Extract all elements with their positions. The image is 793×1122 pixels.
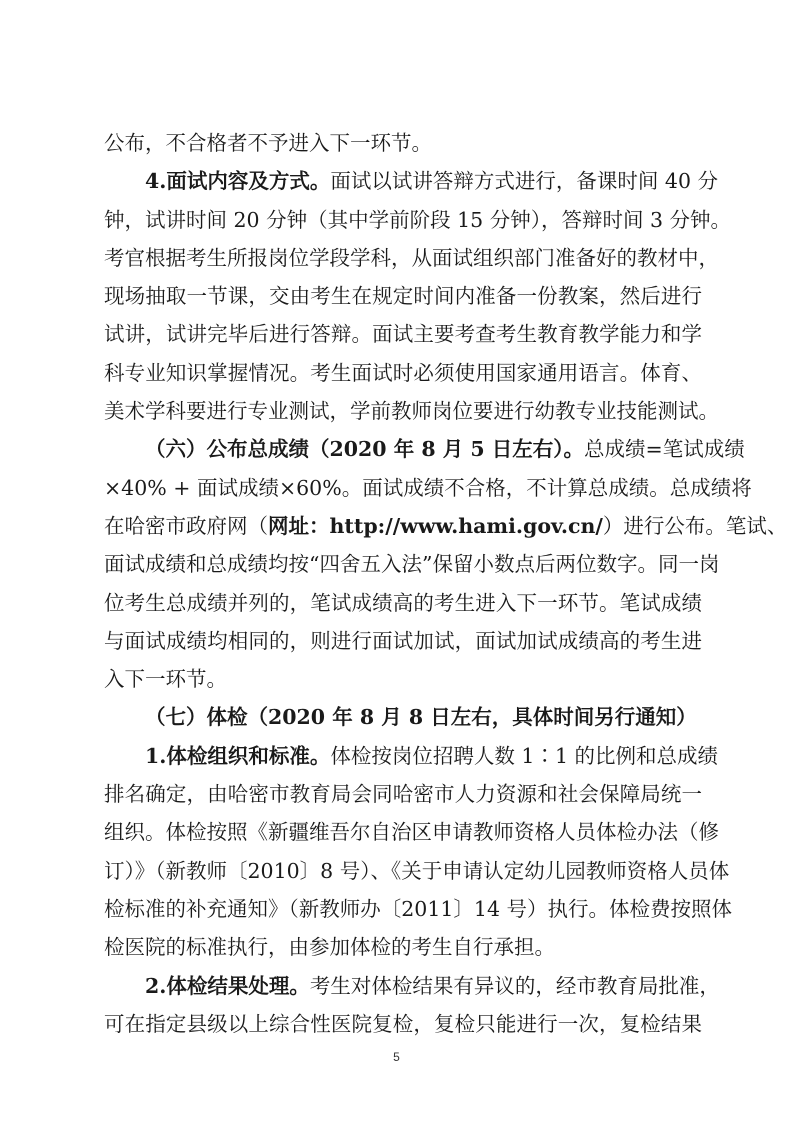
body-text: 科专业知识掌握情况。考生面试时必须使用国家通用语言。体育、 (104, 361, 702, 385)
body-text: 排名确定，由哈密市教育局会同哈密市人力资源和社会保障局统一 (104, 782, 702, 806)
text-line: 检医院的标准执行，由参加体检的考生自行承担。 (104, 928, 702, 966)
document-body: 公布，不合格者不予进入下一环节。4.面试内容及方式。面试以试讲答辩方式进行，备课… (104, 124, 702, 1043)
bold-heading-text: 2.体检结果处理。 (145, 974, 310, 998)
body-text: 入下一环节。 (104, 667, 227, 691)
body-text: 位考生总成绩并列的，笔试成绩高的考生进入下一环节。笔试成绩 (104, 591, 702, 615)
text-line: 面试成绩和总成绩均按“四舍五入法”保留小数点后两位数字。同一岗 (104, 545, 702, 583)
text-line: 1.体检组织和标准。体检按岗位招聘人数 1∶1 的比例和总成绩 (104, 737, 702, 775)
body-text: 试讲，试讲完毕后进行答辩。面试主要考查考生教育教学能力和学 (104, 322, 702, 346)
text-line: 钟，试讲时间 20 分钟（其中学前阶段 15 分钟），答辩时间 3 分钟。 (104, 201, 702, 239)
body-text: 在哈密市政府网（ (104, 514, 268, 538)
bold-heading-text: 4.面试内容及方式。 (145, 169, 330, 193)
text-line: 试讲，试讲完毕后进行答辩。面试主要考查考生教育教学能力和学 (104, 315, 702, 353)
body-text: ）进行公布。笔试、 (603, 514, 788, 538)
text-line: 可在指定县级以上综合性医院复检，复检只能进行一次，复检结果 (104, 1005, 702, 1043)
body-text: 考生对体检结果有异议的，经市教育局批准， (310, 974, 720, 998)
body-text: 与面试成绩均相同的，则进行面试加试，面试加试成绩高的考生进 (104, 629, 702, 653)
text-line: 在哈密市政府网（网址：http://www.hami.gov.cn/）进行公布。… (104, 507, 702, 545)
body-text: 检医院的标准执行，由参加体检的考生自行承担。 (104, 935, 555, 959)
text-line: 与面试成绩均相同的，则进行面试加试，面试加试成绩高的考生进 (104, 622, 702, 660)
bold-heading-text: （六）公布总成绩（2020 年 8 月 5 日左右）。 (145, 437, 584, 461)
text-line: 公布，不合格者不予进入下一环节。 (104, 124, 702, 162)
page-number: 5 (0, 1050, 793, 1064)
body-text: 检标准的补充通知》（新教师办〔2011〕14 号）执行。体检费按照体 (104, 897, 732, 921)
text-line: 科专业知识掌握情况。考生面试时必须使用国家通用语言。体育、 (104, 354, 702, 392)
body-text: 面试以试讲答辩方式进行，备课时间 40 分 (330, 169, 718, 193)
text-line: 2.体检结果处理。考生对体检结果有异议的，经市教育局批准， (104, 967, 702, 1005)
body-text: 可在指定县级以上综合性医院复检，复检只能进行一次，复检结果 (104, 1012, 702, 1036)
body-text: 钟，试讲时间 20 分钟（其中学前阶段 15 分钟），答辩时间 3 分钟。 (104, 208, 731, 232)
text-line: 4.面试内容及方式。面试以试讲答辩方式进行，备课时间 40 分 (104, 162, 702, 200)
text-line: 排名确定，由哈密市教育局会同哈密市人力资源和社会保障局统一 (104, 775, 702, 813)
bold-heading-text: 1.体检组织和标准。 (145, 744, 330, 768)
text-line: 现场抽取一节课，交由考生在规定时间内准备一份教案，然后进行 (104, 277, 702, 315)
body-text: 组织。体检按照《新疆维吾尔自治区申请教师资格人员体检办法（修 (104, 820, 719, 844)
text-line: ×40% + 面试成绩×60%。面试成绩不合格，不计算总成绩。总成绩将 (104, 469, 702, 507)
text-line: （六）公布总成绩（2020 年 8 月 5 日左右）。总成绩=笔试成绩 (104, 430, 702, 468)
body-text: 现场抽取一节课，交由考生在规定时间内准备一份教案，然后进行 (104, 284, 702, 308)
body-text: ×40% + 面试成绩×60%。面试成绩不合格，不计算总成绩。总成绩将 (104, 476, 752, 500)
text-line: 检标准的补充通知》（新教师办〔2011〕14 号）执行。体检费按照体 (104, 890, 702, 928)
body-text: 美术学科要进行专业测试，学前教师岗位要进行幼教专业技能测试。 (104, 399, 719, 423)
text-line: 考官根据考生所报岗位学段学科，从面试组织部门准备好的教材中， (104, 239, 702, 277)
body-text: 订）》（新教师〔2010〕8 号）、《关于申请认定幼儿园教师资格人员体 (104, 859, 729, 883)
text-line: 美术学科要进行专业测试，学前教师岗位要进行幼教专业技能测试。 (104, 392, 702, 430)
body-text: 面试成绩和总成绩均按“四舍五入法”保留小数点后两位数字。同一岗 (104, 552, 719, 576)
body-text: 体检按岗位招聘人数 1∶1 的比例和总成绩 (330, 744, 718, 768)
bold-heading-text: 网址：http://www.hami.gov.cn/ (268, 514, 603, 538)
text-line: 入下一环节。 (104, 660, 702, 698)
body-text: 总成绩=笔试成绩 (584, 437, 745, 461)
body-text: 公布，不合格者不予进入下一环节。 (104, 131, 432, 155)
bold-heading-text: （七）体检（2020 年 8 月 8 日左右，具体时间另行通知） (145, 705, 697, 729)
body-text: 考官根据考生所报岗位学段学科，从面试组织部门准备好的教材中， (104, 246, 719, 270)
text-line: 位考生总成绩并列的，笔试成绩高的考生进入下一环节。笔试成绩 (104, 584, 702, 622)
text-line: 组织。体检按照《新疆维吾尔自治区申请教师资格人员体检办法（修 (104, 813, 702, 851)
text-line: 订）》（新教师〔2010〕8 号）、《关于申请认定幼儿园教师资格人员体 (104, 852, 702, 890)
text-line: （七）体检（2020 年 8 月 8 日左右，具体时间另行通知） (104, 698, 702, 736)
